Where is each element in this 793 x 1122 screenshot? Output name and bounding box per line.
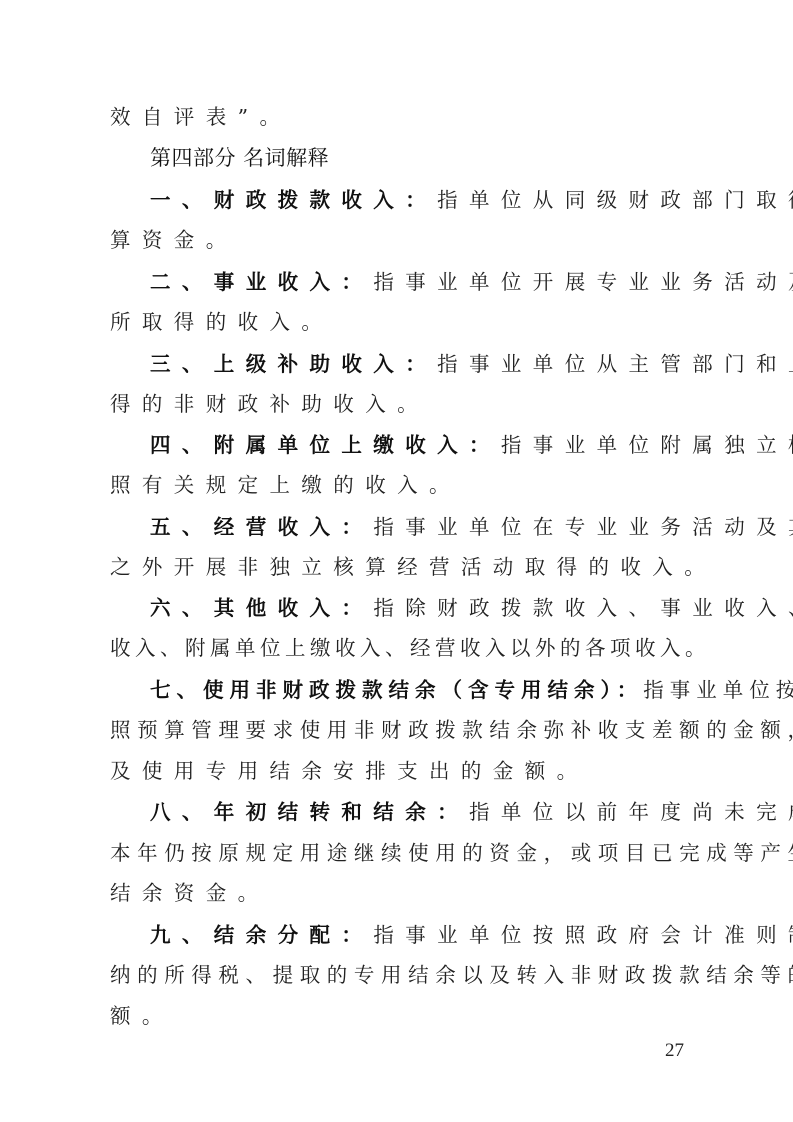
definition-9-cont-1: 纳的所得税、提取的专用结余以及转入非财政拨款结余等的金 <box>110 955 793 995</box>
document-page: 效自评表”。 第四部分 名词解释 一、财政拨款收入：指单位从同级财政部门取得的财… <box>0 0 793 1122</box>
definition-2-cont: 所取得的收入。 <box>110 302 333 342</box>
definition-7-cont-1: 照预算管理要求使用非财政拨款结余弥补收支差额的金额，以 <box>110 710 793 750</box>
definition-3-cont: 得的非财政补助收入。 <box>110 384 429 424</box>
page-number: 27 <box>665 1040 684 1062</box>
definition-9: 九、结余分配：指事业单位按照政府会计准则制度规定缴 <box>150 915 793 955</box>
definition-term: 六、其他收入： <box>150 596 373 620</box>
continuation-line: 效自评表”。 <box>110 97 291 137</box>
definition-8-cont-2: 结余资金。 <box>110 873 270 913</box>
definition-text: 指事业单位按 <box>643 678 793 702</box>
definition-term: 五、经营收入： <box>150 515 373 539</box>
definition-text: 指单位从同级财政部门取得的财政预 <box>437 188 793 212</box>
definition-text: 指除财政拨款收入、事业收入、上级补助 <box>373 596 793 620</box>
definition-6-cont: 收入、附属单位上缴收入、经营收入以外的各项收入。 <box>110 628 710 668</box>
definition-term: 七、使用非财政拨款结余（含专用结余）： <box>150 678 643 702</box>
definition-term: 九、结余分配： <box>150 923 373 947</box>
definition-text: 指事业单位附属独立核算单位按 <box>501 433 793 457</box>
definition-8: 八、年初结转和结余：指单位以前年度尚未完成、结转到 <box>150 792 793 832</box>
definition-5: 五、经营收入：指事业单位在专业业务活动及其辅助活动 <box>150 507 793 547</box>
definition-term: 二、事业收入： <box>150 270 373 294</box>
definition-4: 四、附属单位上缴收入：指事业单位附属独立核算单位按 <box>150 425 793 465</box>
definition-term: 一、财政拨款收入： <box>150 188 437 212</box>
section-heading: 第四部分 名词解释 <box>150 138 329 178</box>
definition-text: 指事业单位在专业业务活动及其辅助活动 <box>373 515 793 539</box>
definition-1: 一、财政拨款收入：指单位从同级财政部门取得的财政预 <box>150 180 793 220</box>
definition-7-cont-2: 及使用专用结余安排支出的金额。 <box>110 751 589 791</box>
definition-text: 指事业单位开展专业业务活动及辅助活动 <box>373 270 793 294</box>
definition-3: 三、上级补助收入：指事业单位从主管部门和上级单位取 <box>150 344 793 384</box>
definition-1-cont: 算资金。 <box>110 220 238 260</box>
definition-term: 三、上级补助收入： <box>150 352 437 376</box>
definition-6: 六、其他收入：指除财政拨款收入、事业收入、上级补助 <box>150 588 793 628</box>
definition-text: 指事业单位从主管部门和上级单位取 <box>437 352 793 376</box>
definition-4-cont: 照有关规定上缴的收入。 <box>110 465 461 505</box>
definition-5-cont: 之外开展非独立核算经营活动取得的收入。 <box>110 547 716 587</box>
definition-term: 八、年初结转和结余： <box>150 800 469 824</box>
definition-8-cont-1: 本年仍按原规定用途继续使用的资金，或项目已完成等产生的 <box>110 833 793 873</box>
definition-text: 指事业单位按照政府会计准则制度规定缴 <box>373 923 793 947</box>
definition-9-cont-2: 额。 <box>110 996 174 1036</box>
definition-2: 二、事业收入：指事业单位开展专业业务活动及辅助活动 <box>150 262 793 302</box>
definition-text: 指单位以前年度尚未完成、结转到 <box>469 800 793 824</box>
definition-7: 七、使用非财政拨款结余（含专用结余）：指事业单位按 <box>150 670 793 710</box>
definition-term: 四、附属单位上缴收入： <box>150 433 501 457</box>
